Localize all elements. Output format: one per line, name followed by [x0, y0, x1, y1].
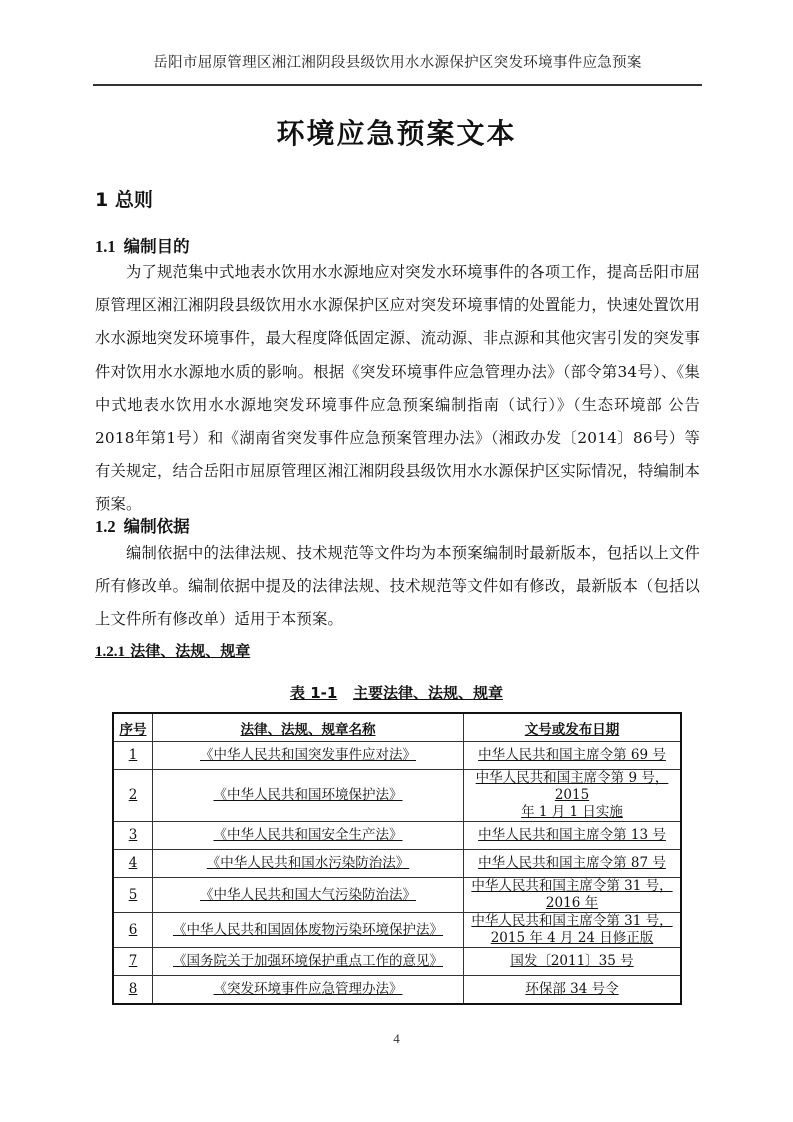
- table-row: 6 《中华人民共和国固体废物污染环境保护法》 中华人民共和国主席令第 31 号，…: [113, 913, 681, 948]
- section-heading-1-2: 1.2编制依据: [95, 513, 190, 537]
- section-heading-1-1: 1.1编制目的: [95, 233, 190, 257]
- row-index: 7: [113, 948, 153, 976]
- row-index: 4: [113, 850, 153, 878]
- section-title: 编制依据: [124, 517, 190, 536]
- laws-table: 序号 法律、法规、规章名称 文号或发布日期 1 《中华人民共和国突发事件应对法》…: [112, 712, 682, 1005]
- row-name: 《中华人民共和国突发事件应对法》: [153, 742, 464, 770]
- column-header-reference: 文号或发布日期: [464, 713, 682, 742]
- header-divider: [93, 84, 702, 86]
- row-reference: 中华人民共和国主席令第 69 号: [464, 742, 682, 770]
- table-header-row: 序号 法律、法规、规章名称 文号或发布日期: [113, 713, 681, 742]
- row-name: 《中华人民共和国环境保护法》: [153, 770, 464, 822]
- table-row: 2 《中华人民共和国环境保护法》 中华人民共和国主席令第 9 号，2015年 1…: [113, 770, 681, 822]
- row-index: 8: [113, 976, 153, 1005]
- row-name: 《中华人民共和国固体废物污染环境保护法》: [153, 913, 464, 948]
- row-reference: 中华人民共和国主席令第 87 号: [464, 850, 682, 878]
- column-header-index: 序号: [113, 713, 153, 742]
- row-reference: 中华人民共和国主席令第 31 号，2016 年: [464, 878, 682, 913]
- row-index: 1: [113, 742, 153, 770]
- table-row: 7 《国务院关于加强环境保护重点工作的意见》 国发〔2011〕35 号: [113, 948, 681, 976]
- table-caption-number: 表 1-1: [290, 684, 337, 702]
- table-row: 8 《突发环境事件应急管理办法》 环保部 34 号令: [113, 976, 681, 1005]
- table-row: 3 《中华人民共和国安全生产法》 中华人民共和国主席令第 13 号: [113, 822, 681, 850]
- row-index: 5: [113, 878, 153, 913]
- running-header: 岳阳市屈原管理区湘江湘阴段县级饮用水水源保护区突发环境事件应急预案: [95, 51, 700, 72]
- column-header-name: 法律、法规、规章名称: [153, 713, 464, 742]
- row-name: 《中华人民共和国水污染防治法》: [153, 850, 464, 878]
- row-index: 6: [113, 913, 153, 948]
- table-row: 5 《中华人民共和国大气污染防治法》 中华人民共和国主席令第 31 号，2016…: [113, 878, 681, 913]
- subsection-heading-1-2-1: 1.2.1 法律、法规、规章: [95, 640, 250, 661]
- section-1-2-paragraph: 编制依据中的法律法规、技术规范等文件均为本预案编制时最新版本，包括以上文件所有修…: [95, 537, 700, 637]
- row-name: 《突发环境事件应急管理办法》: [153, 976, 464, 1005]
- table-caption-title: 主要法律、法规、规章: [353, 684, 503, 702]
- row-reference: 环保部 34 号令: [464, 976, 682, 1005]
- document-title: 环境应急预案文本: [0, 112, 793, 152]
- subsection-title: 法律、法规、规章: [130, 642, 250, 660]
- row-reference: 中华人民共和国主席令第 13 号: [464, 822, 682, 850]
- subsection-number: 1.2.1: [95, 644, 125, 660]
- row-name: 《中华人民共和国大气污染防治法》: [153, 878, 464, 913]
- chapter-heading: 1 总则: [95, 185, 153, 212]
- row-reference: 国发〔2011〕35 号: [464, 948, 682, 976]
- section-number: 1.1: [95, 237, 116, 256]
- row-index: 3: [113, 822, 153, 850]
- section-1-1-paragraph: 为了规范集中式地表水饮用水水源地应对突发水环境事件的各项工作，提高岳阳市屈原管理…: [95, 256, 700, 522]
- row-index: 2: [113, 770, 153, 822]
- section-number: 1.2: [95, 517, 116, 536]
- row-name: 《中华人民共和国安全生产法》: [153, 822, 464, 850]
- row-reference: 中华人民共和国主席令第 9 号，2015年 1 月 1 日实施: [464, 770, 682, 822]
- table-row: 1 《中华人民共和国突发事件应对法》 中华人民共和国主席令第 69 号: [113, 742, 681, 770]
- row-reference: 中华人民共和国主席令第 31 号，2015 年 4 月 24 日修正版: [464, 913, 682, 948]
- page-number: 4: [0, 1031, 793, 1047]
- table-row: 4 《中华人民共和国水污染防治法》 中华人民共和国主席令第 87 号: [113, 850, 681, 878]
- row-name: 《国务院关于加强环境保护重点工作的意见》: [153, 948, 464, 976]
- section-title: 编制目的: [124, 237, 190, 256]
- table-caption: 表 1-1 主要法律、法规、规章: [0, 682, 793, 703]
